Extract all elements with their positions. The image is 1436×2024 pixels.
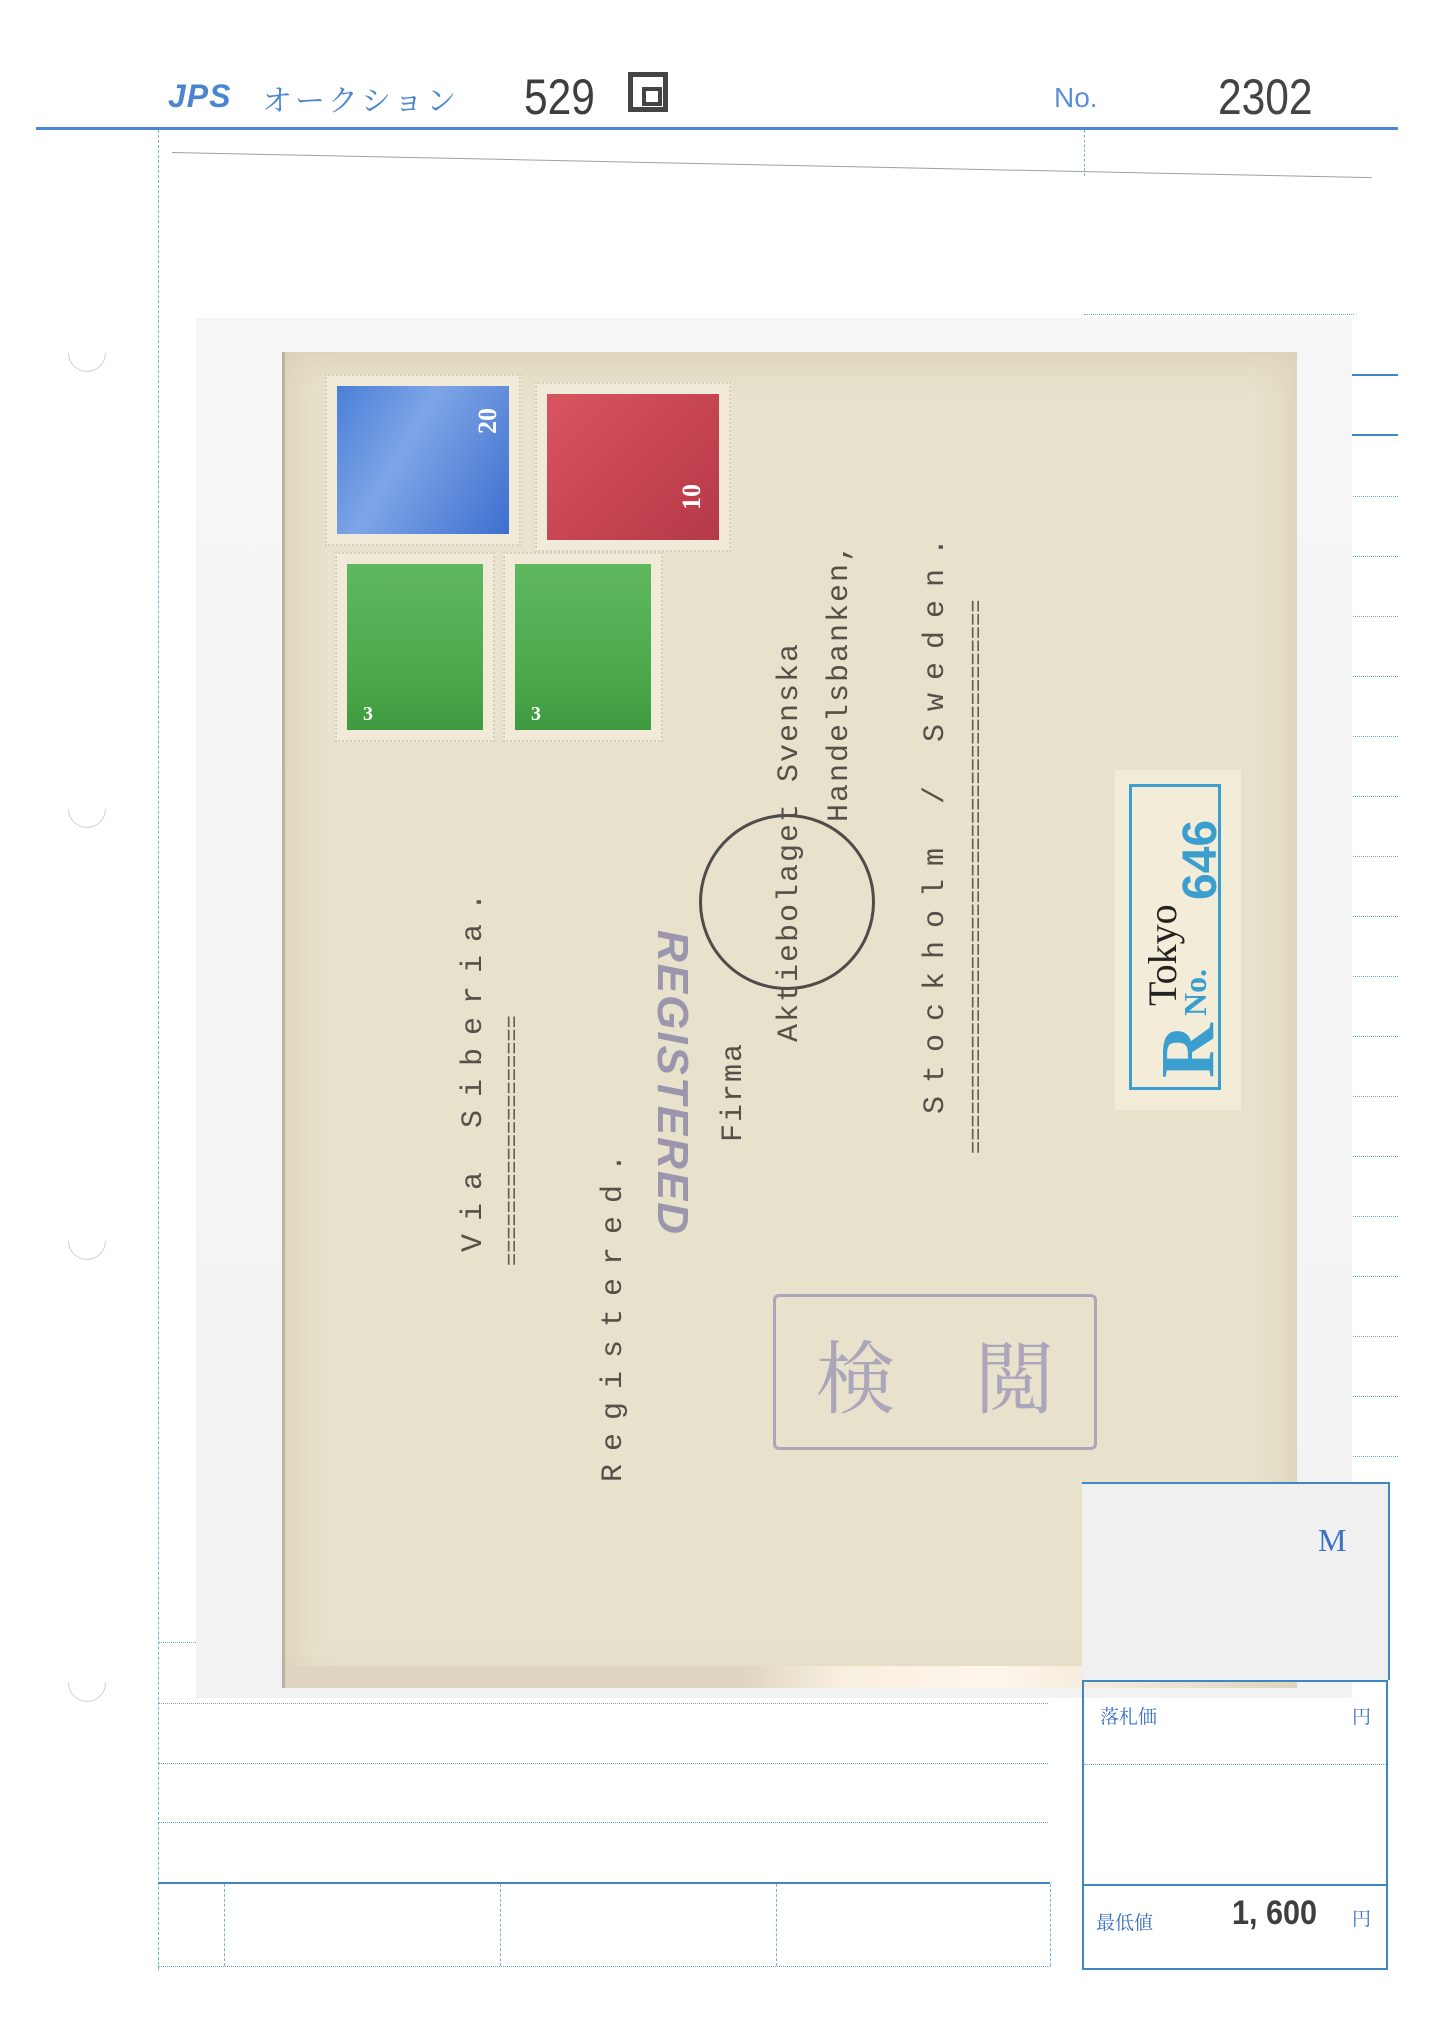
left-margin-line [158, 130, 159, 1970]
censor-box-stamp: 検 閲 [773, 1294, 1097, 1450]
address-line-1: Firma [717, 1042, 751, 1142]
censor-char: 閲 [975, 1315, 1055, 1430]
stamp-3-sen: 3 [503, 552, 663, 742]
binder-hole [60, 326, 114, 380]
price-row-divider [1084, 1764, 1386, 1765]
header-rule [36, 127, 1398, 130]
registration-number: 646 [1173, 820, 1228, 900]
stamp-denomination: 10 [677, 484, 707, 510]
grid-line [1084, 314, 1354, 315]
address-line-3: Handelsbanken, [823, 542, 857, 822]
registration-letter: R [1145, 1023, 1232, 1078]
table-column-divider [776, 1884, 777, 1966]
route-underline: =================== [501, 1015, 526, 1266]
grid-line [158, 1763, 1048, 1764]
auction-title: オークション [262, 76, 459, 120]
lot-number-label: No. [1054, 82, 1098, 114]
stamp-denomination: 20 [473, 408, 503, 434]
registration-label: R Tokyo No. 646 [1115, 770, 1241, 1110]
hammer-price-label: 落札価 [1100, 1702, 1157, 1729]
min-price-label: 最低値 [1096, 1908, 1153, 1935]
grid-line [158, 1703, 1048, 1704]
address-underline: ========================================… [965, 600, 990, 1155]
binder-hole [60, 1656, 114, 1710]
min-price-value: 1, 600 [1232, 1894, 1317, 1933]
hammer-price-currency: 円 [1352, 1702, 1371, 1729]
registration-no-label: No. [1177, 969, 1214, 1016]
table-column-divider [1050, 1884, 1051, 1966]
stamp-20-sen: 20 [325, 374, 521, 546]
address-line-4: Stockholm / Sweden. [919, 525, 953, 1114]
grid-divider [1084, 130, 1085, 176]
grade-mark: M [1318, 1522, 1346, 1559]
stamp-3-sen: 3 [335, 552, 495, 742]
route-instruction: Via Siberia. [457, 880, 491, 1252]
sleeve-edge-line [172, 152, 1372, 178]
grid-line [158, 1822, 1048, 1823]
table-top-rule [158, 1882, 1050, 1884]
auction-round-kanji [628, 72, 668, 112]
lot-number: 2302 [1218, 68, 1313, 126]
table-bottom-rule [158, 1966, 1050, 1967]
registered-typed: Registered. [597, 1141, 631, 1482]
brand-name: JPS [168, 78, 231, 115]
min-price-currency: 円 [1352, 1904, 1371, 1931]
binder-hole [60, 782, 114, 836]
address-line-2: Aktiebolaget Svenska [773, 642, 807, 1042]
censor-char: 検 [816, 1315, 896, 1430]
auction-round-number: 529 [524, 68, 595, 126]
stamp-denomination: 3 [531, 703, 541, 726]
table-column-divider [500, 1884, 501, 1966]
price-box: 落札価 円 最低値 1, 600 円 [1082, 1680, 1388, 1970]
grade-panel: M [1082, 1482, 1390, 1680]
price-row-divider [1084, 1884, 1386, 1886]
table-column-divider [224, 1884, 225, 1966]
stamp-10-sen: 10 [535, 382, 731, 552]
stamp-denomination: 3 [363, 703, 373, 726]
binder-hole [60, 1214, 114, 1268]
registered-handstamp: REGISTERED [647, 930, 697, 1236]
